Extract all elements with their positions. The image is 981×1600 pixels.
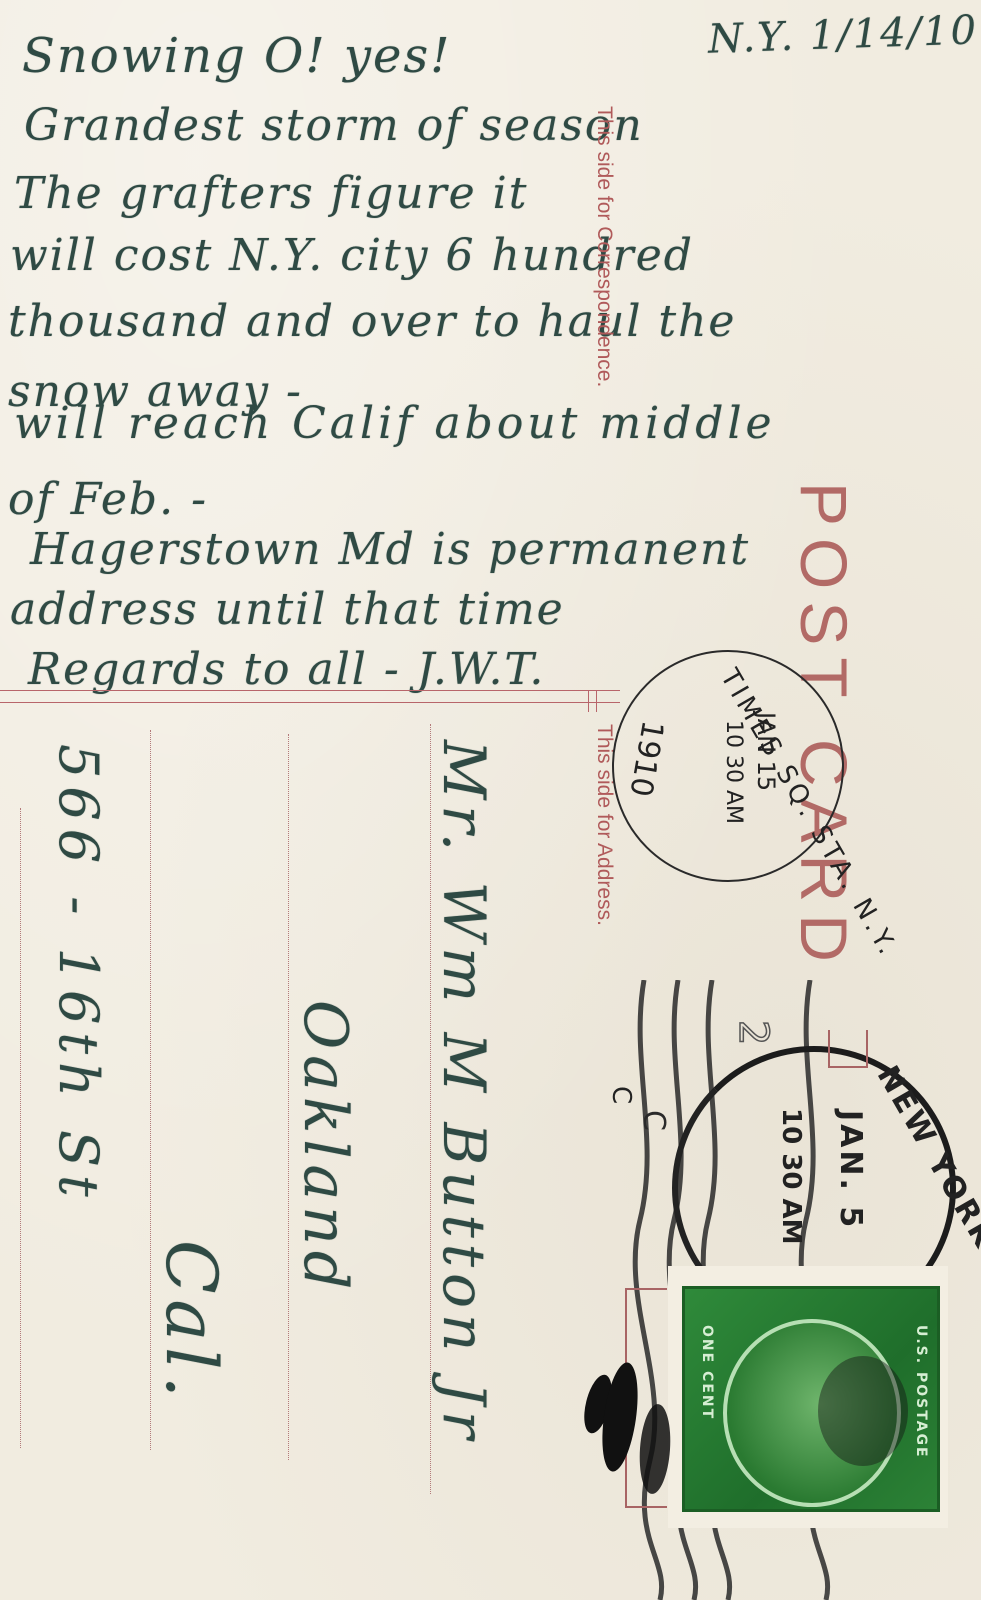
- divider-line: [0, 690, 620, 691]
- header-date: N.Y. 1/14/10: [707, 7, 978, 62]
- message-line: Regards to all - J.W.T.: [28, 644, 545, 695]
- address-street: 566 - 16th St: [47, 744, 110, 1205]
- postmark-time: 10 30 AM: [776, 1108, 806, 1244]
- message-line: Hagerstown Md is permanent: [30, 524, 750, 575]
- cancel-letter: C: [606, 1086, 636, 1104]
- address-guide-line: [288, 734, 289, 1460]
- cancel-letter: C: [636, 1110, 671, 1131]
- svg-text:2: 2: [730, 1020, 776, 1045]
- stamp-denomination: ONE CENT: [699, 1325, 715, 1420]
- address-guide-line: [20, 808, 21, 1448]
- postmark-date: JAN. 5: [833, 1110, 868, 1230]
- addressee-name: Mr. Wm M Button Jr: [430, 740, 498, 1445]
- stamp-placement-corner: [828, 1030, 868, 1068]
- message-line: Snowing O! yes!: [22, 28, 451, 84]
- address-city: Oakland: [290, 1000, 360, 1295]
- postage-stamp: ONE CENT U.S. POSTAGE: [668, 1266, 948, 1528]
- message-line: thousand and over to haul the: [8, 296, 736, 347]
- correspondence-label: This side for Correspondence.: [592, 106, 616, 387]
- message-line: will reach Calif about middle: [14, 398, 776, 449]
- postmark-date: JAN 15: [752, 712, 780, 791]
- postcard-back: N.Y. 1/14/10 Snowing O! yes! Grandest st…: [0, 0, 981, 1600]
- cancel-smudge: [818, 1356, 908, 1466]
- message-line: Grandest storm of season: [24, 100, 644, 151]
- message-line: The grafters figure it: [14, 168, 528, 219]
- divider-line: [0, 702, 620, 703]
- message-line: of Feb. -: [8, 474, 208, 525]
- postmark-time: 10 30 AM: [721, 720, 746, 824]
- address-state: Cal.: [150, 1240, 232, 1404]
- divider-tick: [588, 690, 589, 712]
- message-line: address until that time: [10, 584, 565, 635]
- stamp-country: U.S. POSTAGE: [913, 1325, 929, 1459]
- divider-tick: [596, 690, 597, 712]
